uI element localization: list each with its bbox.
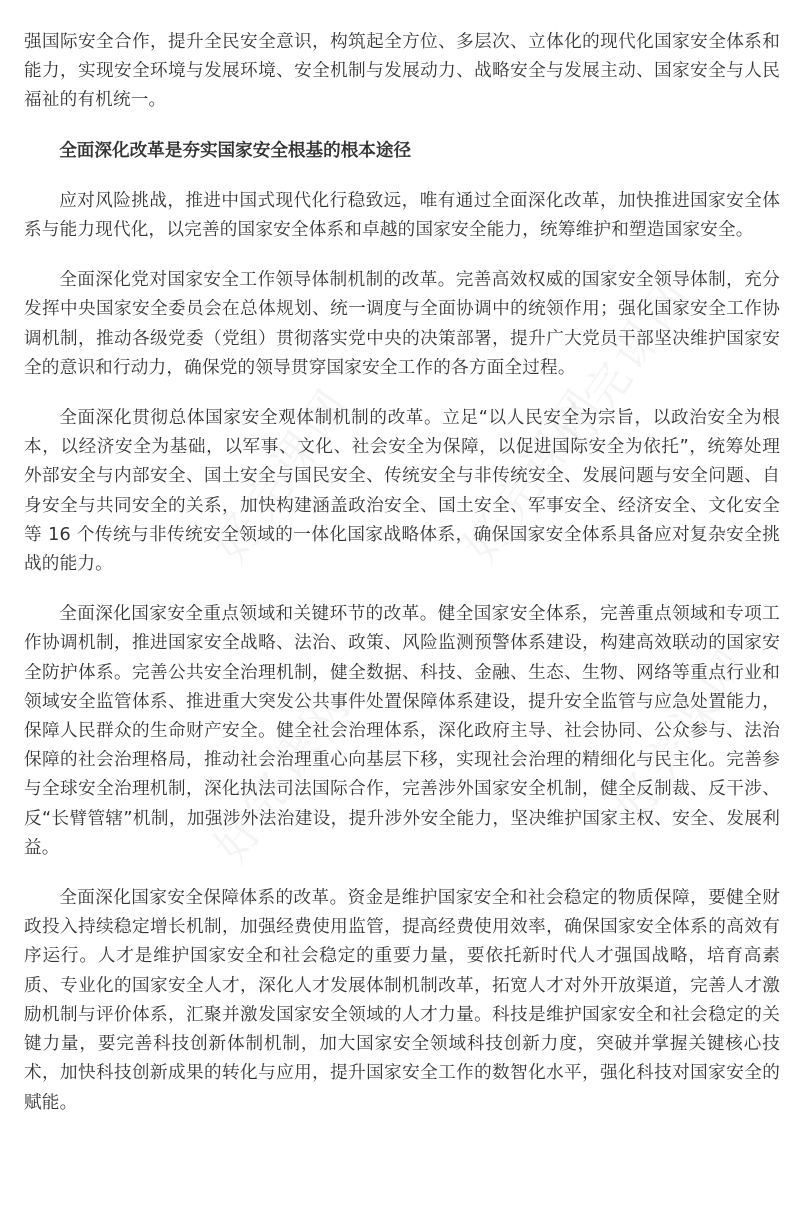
document-body: 强国际安全合作，提升全民安全意识，构筑起全方位、多层次、立体化的现代化国家安全体… bbox=[24, 28, 780, 1139]
paragraph-party-leadership: 全面深化党对国家安全工作领导体制机制的改革。完善高效权威的国家安全领导体制，充分… bbox=[24, 266, 780, 383]
section-heading: 全面深化改革是夯实国家安全根基的根本途径 bbox=[24, 137, 780, 166]
paragraph-continuation: 强国际安全合作，提升全民安全意识，构筑起全方位、多层次、立体化的现代化国家安全体… bbox=[24, 28, 780, 116]
paragraph-holistic-security: 全面深化贯彻总体国家安全观体制机制的改革。立足“以人民安全为宗旨，以政治安全为根… bbox=[24, 404, 780, 579]
paragraph-intro: 应对风险挑战，推进中国式现代化行稳致远，唯有通过全面深化改革，加快推进国家安全体… bbox=[24, 187, 780, 245]
paragraph-key-areas: 全面深化国家安全重点领域和关键环节的改革。健全国家安全体系，完善重点领域和专项工… bbox=[24, 600, 780, 863]
paragraph-support-system: 全面深化国家安全保障体系的改革。资金是维护国家安全和社会稳定的物质保障，要健全财… bbox=[24, 884, 780, 1118]
